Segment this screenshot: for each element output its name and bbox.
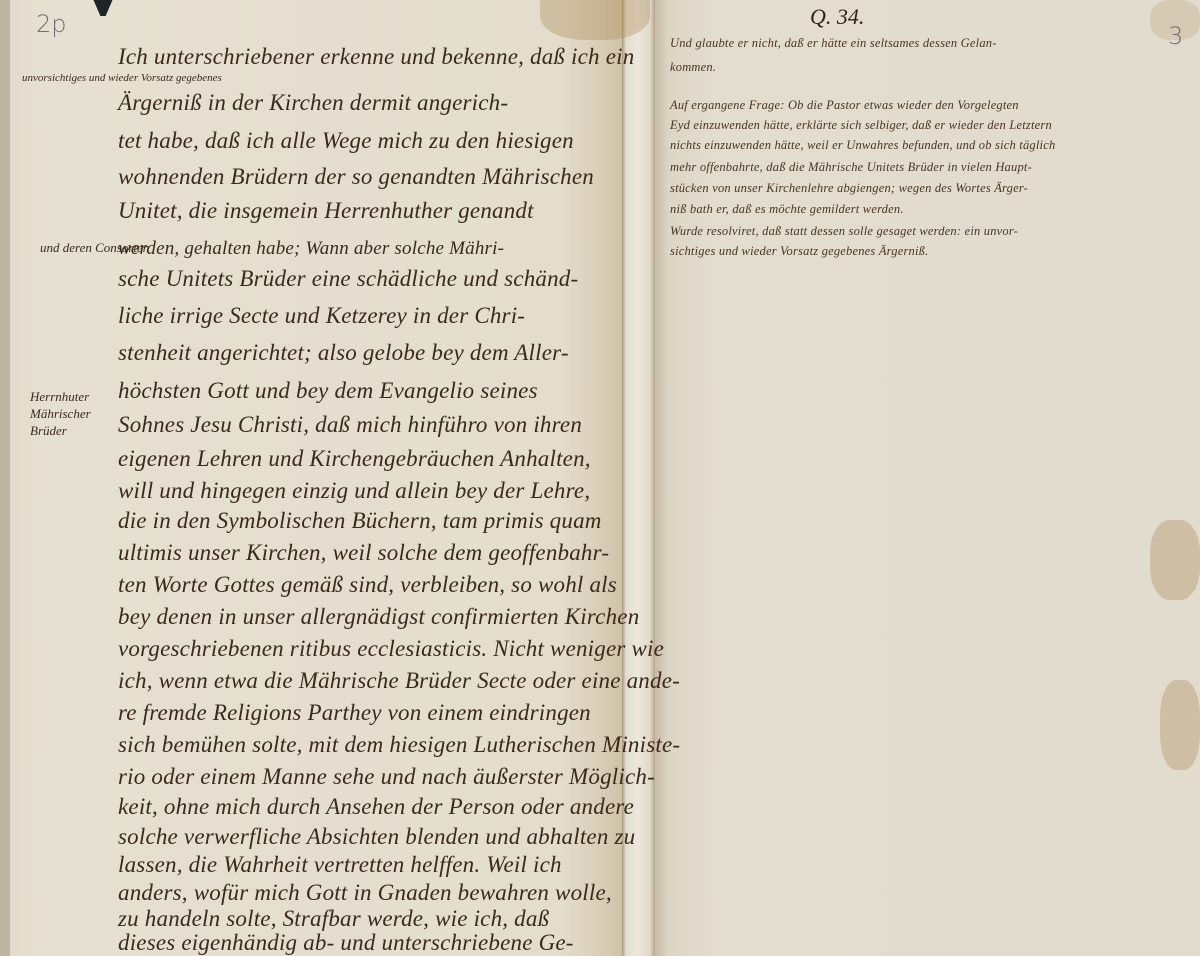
text-line: Ich unterschriebener erkenne und bekenne… [118, 44, 634, 70]
text-line: Wurde resolviret, daß statt dessen solle… [670, 224, 1018, 239]
text-line: will und hingegen einzig und allein bey … [118, 478, 590, 504]
sheet-number: Q. 34. [810, 4, 864, 30]
folio-number-left: 2p [36, 10, 67, 38]
text-line: Sohnes Jesu Christi, daß mich hinführo v… [118, 412, 582, 438]
text-line: Auf ergangene Frage: Ob die Pastor etwas… [670, 98, 1019, 113]
water-stain [1160, 680, 1200, 770]
text-line: die in den Symbolischen Büchern, tam pri… [118, 508, 602, 534]
text-line: Und glaubte er nicht, daß er hätte ein s… [670, 36, 997, 51]
text-line: zu handeln solte, Strafbar werde, wie ic… [118, 906, 549, 932]
text-line: stenheit angerichtet; also gelobe bey de… [118, 340, 569, 366]
text-line: lassen, die Wahrheit vertretten helffen.… [118, 852, 562, 878]
text-line: kommen. [670, 60, 716, 75]
text-line: bey denen in unser allergnädigst confirm… [118, 604, 639, 630]
text-line: Unitet, die insgemein Herrenhuther genan… [118, 198, 534, 224]
text-line: wohnenden Brüdern der so genandten Mähri… [118, 164, 594, 190]
left-page-edge [0, 0, 10, 956]
text-line: liche irrige Secte und Ketzerey in der C… [118, 303, 525, 329]
text-line: ultimis unser Kirchen, weil solche dem g… [118, 540, 609, 566]
text-line: Ärgerniß in der Kirchen dermit angerich- [118, 90, 508, 116]
folio-number-right: 3 [1168, 22, 1183, 50]
margin-note-line: Mährischer [30, 405, 91, 422]
text-line: werden, gehalten habe; Wann aber solche … [118, 238, 504, 260]
text-line: tet habe, daß ich alle Wege mich zu den … [118, 128, 574, 154]
text-line: anders, wofür mich Gott in Gnaden bewahr… [118, 880, 612, 906]
water-stain [540, 0, 650, 40]
text-line: solche verwerfliche Absichten blenden un… [118, 824, 635, 850]
manuscript-spread: 2p 3 unvorsichtiges und wieder Vorsatz g… [0, 0, 1200, 956]
margin-note-line: Brüder [30, 422, 91, 439]
text-line: ich, wenn etwa die Mährische Brüder Sect… [118, 668, 680, 694]
text-line: eigenen Lehren und Kirchengebräuchen Anh… [118, 446, 591, 472]
text-line: ten Worte Gottes gemäß sind, verbleiben,… [118, 572, 617, 598]
text-line: nichts einzuwenden hätte, weil er Unwahr… [670, 138, 1055, 153]
text-line: re fremde Religions Parthey von einem ei… [118, 700, 591, 726]
text-line: Eyd einzuwenden hätte, erklärte sich sel… [670, 118, 1052, 133]
text-line: höchsten Gott und bey dem Evangelio sein… [118, 378, 538, 404]
text-line: mehr offenbahrte, daß die Mährische Unit… [670, 160, 1032, 175]
text-line: keit, ohne mich durch Ansehen der Person… [118, 794, 634, 820]
text-line: sichtiges und wieder Vorsatz gegebenes Ä… [670, 244, 928, 259]
margin-insertion: unvorsichtiges und wieder Vorsatz gegebe… [22, 72, 222, 84]
text-line: niß bath er, daß es möchte gemildert wer… [670, 202, 904, 217]
text-line: stücken von unser Kirchenlehre abgiengen… [670, 181, 1028, 196]
text-line: sche Unitets Brüder eine schädliche und … [118, 266, 578, 292]
text-line: vorgeschriebenen ritibus ecclesiasticis.… [118, 636, 664, 662]
margin-note: Herrnhuter Mährischer Brüder [30, 388, 91, 439]
margin-note-line: Herrnhuter [30, 388, 91, 405]
text-line: dieses eigenhändig ab- und unterschriebe… [118, 930, 574, 956]
text-line: rio oder einem Manne sehe und nach äußer… [118, 764, 655, 790]
text-line: sich bemühen solte, mit dem hiesigen Lut… [118, 732, 680, 758]
water-stain [1150, 520, 1200, 600]
